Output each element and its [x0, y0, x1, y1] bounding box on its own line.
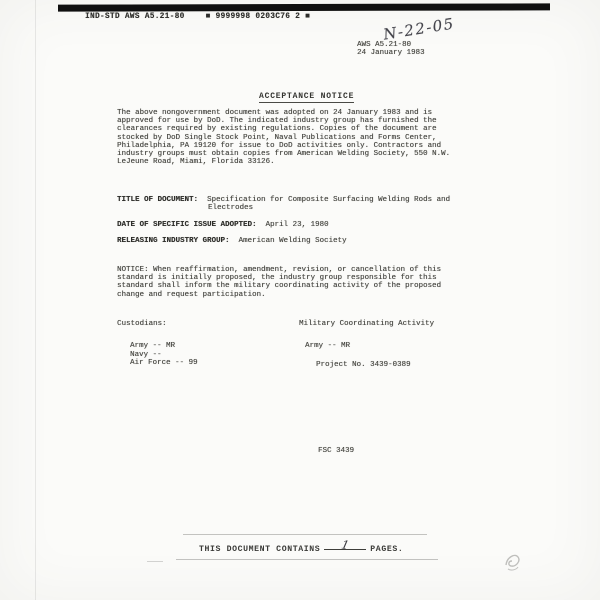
field-group-label: RELEASING INDUSTRY GROUP:	[117, 237, 230, 245]
field-date-adopted: DATE OF SPECIFIC ISSUE ADOPTED:April 23,…	[117, 221, 329, 229]
smudge-mark	[500, 548, 526, 576]
coordinating-agent: Army -- MR	[305, 342, 350, 350]
body-line: The above nongovernment document was ado…	[117, 109, 462, 117]
field-group-value: American Welding Society	[239, 237, 347, 245]
notice-line: NOTICE: When reaffirmation, amendment, r…	[117, 266, 462, 274]
field-title-of-document: TITLE OF DOCUMENT:Specification for Comp…	[117, 196, 450, 204]
notice-paragraph: NOTICE: When reaffirmation, amendment, r…	[117, 266, 462, 299]
field-releasing-group: RELEASING INDUSTRY GROUP:American Weldin…	[117, 237, 347, 245]
page-count-blank: 1	[324, 540, 366, 550]
document-date: 24 January 1983	[357, 49, 425, 57]
field-date-value: April 23, 1980	[266, 221, 329, 229]
scanned-document-page: IND-STD AWS A5.21-80 ■ 9999998 0203C76 2…	[0, 0, 600, 600]
custodian-item: Navy --	[130, 351, 198, 360]
body-line: industry groups must obtain copies from …	[117, 150, 462, 158]
document-number-block: AWS A5.21-80 24 January 1983	[357, 41, 425, 57]
stamp-prefix: THIS DOCUMENT CONTAINS	[199, 545, 320, 554]
scan-scratch-mark	[147, 561, 163, 562]
print-code: ■ 9999998 0203C76 2 ■	[206, 13, 311, 21]
field-title-value: Specification for Composite Surfacing We…	[207, 196, 450, 204]
body-paragraph: The above nongovernment document was ado…	[117, 109, 462, 166]
document-header-line: IND-STD AWS A5.21-80 ■ 9999998 0203C76 2…	[85, 13, 310, 21]
field-title-value-line2: Electrodes	[208, 204, 253, 212]
notice-line: change and request participation.	[117, 291, 462, 299]
field-date-label: DATE OF SPECIFIC ISSUE ADOPTED:	[117, 221, 257, 229]
coordinating-activity-label: Military Coordinating Activity	[299, 320, 434, 328]
custodians-list: Army -- MR Navy -- Air Force -- 99	[130, 342, 198, 368]
stamp-suffix: PAGES.	[370, 545, 403, 554]
stamp-bottom-line	[176, 559, 438, 560]
fsc-code: FSC 3439	[318, 447, 354, 455]
field-title-label: TITLE OF DOCUMENT:	[117, 196, 198, 204]
custodian-item: Air Force -- 99	[130, 359, 198, 368]
standard-reference: IND-STD AWS A5.21-80	[85, 13, 185, 21]
custodian-item: Army -- MR	[130, 342, 198, 351]
handwritten-note: N-22-05	[382, 14, 456, 43]
body-line: LeJeune Road, Miami, Florida 33126.	[117, 158, 462, 166]
body-line: stocked by DoD Single Stock Point, Naval…	[117, 134, 462, 142]
handwritten-page-count: 1	[340, 537, 351, 552]
page-title: ACCEPTANCE NOTICE	[259, 92, 354, 103]
document-number: AWS A5.21-80	[357, 41, 425, 49]
notice-line: standard shall inform the military coord…	[117, 282, 462, 290]
page-count-stamp: THIS DOCUMENT CONTAINS1PAGES.	[199, 540, 403, 554]
project-number: Project No. 3439-0389	[316, 361, 411, 369]
body-line: Philadelphia, PA 19120 for issue to DoD …	[117, 142, 462, 150]
custodians-label: Custodians:	[117, 320, 167, 328]
body-line: clearances required by existing regulati…	[117, 125, 462, 133]
scan-top-black-bar	[58, 3, 550, 11]
stamp-top-line	[183, 534, 427, 535]
scan-left-edge-line	[35, 0, 36, 600]
